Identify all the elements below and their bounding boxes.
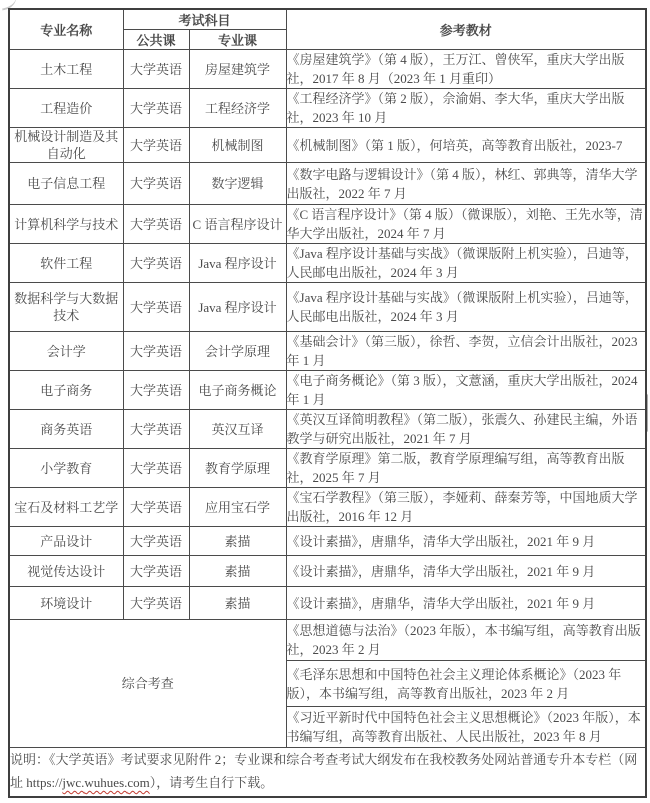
major-cell: 计算机科学与技术 — [9, 205, 123, 244]
prof-course-cell: 电子商务概论 — [189, 371, 286, 410]
reference-cell: 《宝石学教程》（第三版），李娅莉、薛秦芳等，中国地质大学出版社，2016 年 1… — [286, 488, 646, 527]
major-cell: 数据科学与大数据技术 — [9, 283, 123, 332]
prof-course-cell: 英汉互译 — [189, 410, 286, 449]
reference-cell: 《Java 程序设计基础与实战》（微课版附上机实验），吕迪等，人民邮电出版社，2… — [286, 244, 646, 283]
table-row: 数据科学与大数据技术 大学英语 Java 程序设计 《Java 程序设计基础与实… — [9, 283, 646, 332]
comprehensive-label-cell: 综合考查 — [9, 620, 286, 748]
prof-course-cell: 素描 — [189, 587, 286, 620]
public-course-cell: 大学英语 — [123, 205, 189, 244]
public-course-cell: 大学英语 — [123, 128, 189, 163]
public-course-cell: 大学英语 — [123, 163, 189, 205]
major-cell: 电子商务 — [9, 371, 123, 410]
note-cell: 说明：《大学英语》考试要求见附件 2；专业课和综合考查考试大纲发布在我校教务处网… — [9, 748, 646, 797]
reference-cell: 《数字电路与逻辑设计》（第 4 版），林红、郭典等，清华大学出版社，2022 年… — [286, 163, 646, 205]
major-cell: 电子信息工程 — [9, 163, 123, 205]
reference-cell: 《基础会计》（第三版），徐哲、李贺，立信会计出版社，2023 年 1 月 — [286, 332, 646, 371]
prof-course-cell: C 语言程序设计 — [189, 205, 286, 244]
reference-cell: 《C 语言程序设计》（第 4 版）（微课版），刘艳、王先水等，清华大学出版社，2… — [286, 205, 646, 244]
public-course-cell: 大学英语 — [123, 332, 189, 371]
reference-cell: 《设计素描》，唐鼎华，清华大学出版社，2021 年 9 月 — [286, 527, 646, 556]
reference-cell: 《习近平新时代中国特色社会主义思想概论》（2023 年版），本书编写组，高等教育… — [286, 707, 646, 748]
table-row: 宝石及材料工艺学 大学英语 应用宝石学 《宝石学教程》（第三版），李娅莉、薛秦芳… — [9, 488, 646, 527]
note-url-word1: jwc. — [62, 775, 84, 790]
public-course-cell: 大学英语 — [123, 527, 189, 556]
prof-course-cell: 房屋建筑学 — [189, 50, 286, 89]
prof-course-cell: Java 程序设计 — [189, 244, 286, 283]
prof-course-cell: 工程经济学 — [189, 89, 286, 128]
public-course-cell: 大学英语 — [123, 50, 189, 89]
major-cell: 软件工程 — [9, 244, 123, 283]
table-row: 机械设计制造及其自动化 大学英语 机械制图 《机械制图》（第 1 版），何培英，… — [9, 128, 646, 163]
reference-cell: 《思想道德与法治》（2023 年版），本书编写组，高等教育出版社，2023 年 … — [286, 620, 646, 661]
table-row: 商务英语 大学英语 英汉互译 《英汉互译简明教程》（第二版），张震久、孙建民主编… — [9, 410, 646, 449]
public-course-cell: 大学英语 — [123, 283, 189, 332]
public-course-cell: 大学英语 — [123, 449, 189, 488]
document-page: 专业名称 考试科目 参考教材 公共课 专业课 土木工程 大学英语 房屋建筑学 《… — [0, 0, 650, 803]
prof-course-cell: 会计学原理 — [189, 332, 286, 371]
public-course-cell: 大学英语 — [123, 556, 189, 587]
public-course-cell: 大学英语 — [123, 488, 189, 527]
reference-cell: 《机械制图》（第 1 版），何培英，高等教育出版社，2023-7 — [286, 128, 646, 163]
public-course-cell: 大学英语 — [123, 244, 189, 283]
prof-course-cell: 机械制图 — [189, 128, 286, 163]
prof-course-cell: 应用宝石学 — [189, 488, 286, 527]
reference-cell: 《电子商务概论》（第 3 版），文薏涵，重庆大学出版社，2024 年 1 月 — [286, 371, 646, 410]
header-public-course: 公共课 — [123, 30, 189, 50]
public-course-cell: 大学英语 — [123, 410, 189, 449]
header-reference: 参考教材 — [286, 9, 646, 50]
note-url-word2: wuhues. — [84, 775, 127, 790]
reference-cell: 《教育学原理》第二版，教育学原理编写组，高等教育出版社，2025 年 7 月 — [286, 449, 646, 488]
major-cell: 土木工程 — [9, 50, 123, 89]
reference-cell: 《毛泽东思想和中国特色社会主义理论体系概论》（2023 年版），本书编写组，高等… — [286, 661, 646, 707]
major-cell: 商务英语 — [9, 410, 123, 449]
table-row: 环境设计 大学英语 素描 《设计素描》，唐鼎华，清华大学出版社，2021 年 9… — [9, 587, 646, 620]
public-course-cell: 大学英语 — [123, 89, 189, 128]
header-major: 专业名称 — [9, 9, 123, 50]
comprehensive-row: 综合考查 《思想道德与法治》（2023 年版），本书编写组，高等教育出版社，20… — [9, 620, 646, 661]
table-row: 视觉传达设计 大学英语 素描 《设计素描》，唐鼎华，清华大学出版社，2021 年… — [9, 556, 646, 587]
table-row: 会计学 大学英语 会计学原理 《基础会计》（第三版），徐哲、李贺，立信会计出版社… — [9, 332, 646, 371]
public-course-cell: 大学英语 — [123, 371, 189, 410]
exam-reference-table: 专业名称 考试科目 参考教材 公共课 专业课 土木工程 大学英语 房屋建筑学 《… — [8, 8, 647, 798]
major-cell: 机械设计制造及其自动化 — [9, 128, 123, 163]
table-row: 计算机科学与技术 大学英语 C 语言程序设计 《C 语言程序设计》（第 4 版）… — [9, 205, 646, 244]
major-cell: 会计学 — [9, 332, 123, 371]
prof-course-cell: 数字逻辑 — [189, 163, 286, 205]
public-course-cell: 大学英语 — [123, 587, 189, 620]
note-url-word3: com — [127, 775, 149, 790]
major-cell: 产品设计 — [9, 527, 123, 556]
reference-cell: 《房屋建筑学》（第 4 版），王万江、曾侠军，重庆大学出版社，2017 年 8 … — [286, 50, 646, 89]
major-cell: 视觉传达设计 — [9, 556, 123, 587]
table-row: 工程造价 大学英语 工程经济学 《工程经济学》（第 2 版），佘渝娟、李大华，重… — [9, 89, 646, 128]
header-row-1: 专业名称 考试科目 参考教材 — [9, 9, 646, 30]
prof-course-cell: 素描 — [189, 556, 286, 587]
table-row: 产品设计 大学英语 素描 《设计素描》，唐鼎华，清华大学出版社，2021 年 9… — [9, 527, 646, 556]
header-prof-course: 专业课 — [189, 30, 286, 50]
prof-course-cell: Java 程序设计 — [189, 283, 286, 332]
reference-cell: 《工程经济学》（第 2 版），佘渝娟、李大华，重庆大学出版社，2023 年 10… — [286, 89, 646, 128]
reference-cell: 《英汉互译简明教程》（第二版），张震久、孙建民主编，外语教学与研究出版社，202… — [286, 410, 646, 449]
note-url[interactable]: https://jwc.wuhues.com — [26, 775, 150, 790]
reference-cell: 《设计素描》，唐鼎华，清华大学出版社，2021 年 9 月 — [286, 556, 646, 587]
table-row: 软件工程 大学英语 Java 程序设计 《Java 程序设计基础与实战》（微课版… — [9, 244, 646, 283]
table-row: 电子信息工程 大学英语 数字逻辑 《数字电路与逻辑设计》（第 4 版），林红、郭… — [9, 163, 646, 205]
major-cell: 环境设计 — [9, 587, 123, 620]
note-row: 说明：《大学英语》考试要求见附件 2；专业课和综合考查考试大纲发布在我校教务处网… — [9, 748, 646, 797]
major-cell: 宝石及材料工艺学 — [9, 488, 123, 527]
reference-cell: 《设计素描》，唐鼎华，清华大学出版社，2021 年 9 月 — [286, 587, 646, 620]
note-url-scheme: https:// — [26, 775, 62, 790]
header-exam-subjects: 考试科目 — [123, 9, 286, 30]
prof-course-cell: 素描 — [189, 527, 286, 556]
major-cell: 小学教育 — [9, 449, 123, 488]
note-text-after-url: ），请考生自行下载。 — [150, 775, 274, 790]
major-cell: 工程造价 — [9, 89, 123, 128]
table-row: 土木工程 大学英语 房屋建筑学 《房屋建筑学》（第 4 版），王万江、曾侠军，重… — [9, 50, 646, 89]
reference-cell: 《Java 程序设计基础与实战》（微课版附上机实验），吕迪等，人民邮电出版社，2… — [286, 283, 646, 332]
prof-course-cell: 教育学原理 — [189, 449, 286, 488]
table-row: 电子商务 大学英语 电子商务概论 《电子商务概论》（第 3 版），文薏涵，重庆大… — [9, 371, 646, 410]
table-row: 小学教育 大学英语 教育学原理 《教育学原理》第二版，教育学原理编写组，高等教育… — [9, 449, 646, 488]
